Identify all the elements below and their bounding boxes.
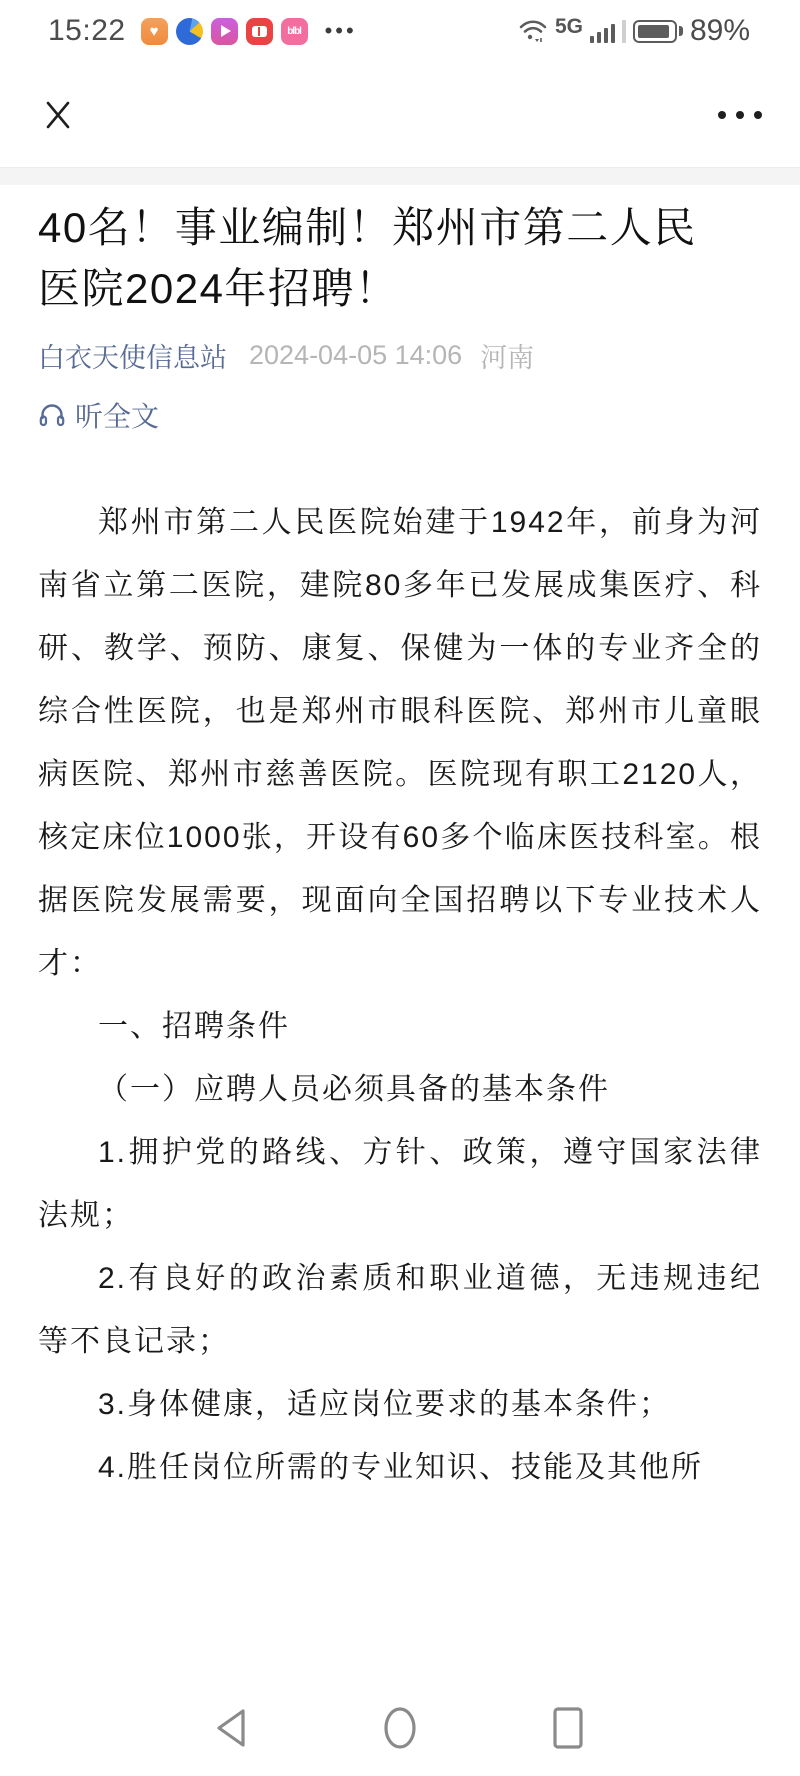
- headphones-icon: [38, 401, 66, 429]
- article-paragraph: 郑州市第二人民医院始建于1942年，前身为河南省立第二医院，建院80多年已发展成…: [38, 491, 762, 995]
- status-bar: 15:22 ♥ blbl ••• 5G 89%: [0, 0, 800, 62]
- battery-percent: 89%: [690, 14, 750, 48]
- close-button[interactable]: [36, 93, 80, 137]
- battery-icon: [633, 20, 683, 43]
- swirl-app-icon: [176, 18, 203, 45]
- pink-app-icon: blbl: [281, 18, 308, 45]
- back-button[interactable]: [212, 1704, 252, 1752]
- publish-location: 河南: [480, 336, 534, 375]
- author-link[interactable]: 白衣天使信息站: [38, 336, 227, 375]
- close-icon: [41, 98, 75, 132]
- signal-strength-icon: [590, 19, 626, 43]
- reading-app-icon: [246, 18, 273, 45]
- article-title: 40名！事业编制！郑州市第二人民医院2024年招聘！: [38, 197, 718, 319]
- article-paragraph: 3.身体健康，适应岗位要求的基本条件；: [38, 1373, 762, 1436]
- notification-icons: ♥ blbl: [141, 18, 308, 45]
- navbar-divider: [0, 167, 800, 185]
- back-triangle-icon: [212, 1704, 252, 1752]
- more-notifications-icon: •••: [325, 18, 357, 44]
- listen-full-text-button[interactable]: 听全文: [38, 395, 159, 435]
- article-paragraph: （一）应聘人员必须具备的基本条件: [38, 1058, 762, 1121]
- article-body: 郑州市第二人民医院始建于1942年，前身为河南省立第二医院，建院80多年已发展成…: [38, 491, 762, 1499]
- article-view: 40名！事业编制！郑州市第二人民医院2024年招聘！ 白衣天使信息站 2024-…: [0, 197, 800, 1499]
- recents-button[interactable]: [548, 1704, 588, 1752]
- wifi-icon: [518, 18, 548, 44]
- more-dots-icon: [718, 111, 726, 119]
- video-app-icon: [211, 18, 238, 45]
- publish-date: 2024-04-05 14:06: [249, 340, 462, 371]
- network-type-badge: 5G: [555, 15, 583, 39]
- recents-square-icon: [548, 1704, 588, 1752]
- article-paragraph: 2.有良好的政治素质和职业道德，无违规违纪等不良记录；: [38, 1247, 762, 1373]
- health-app-icon: ♥: [141, 18, 168, 45]
- home-circle-icon: [380, 1704, 420, 1752]
- system-navigation-bar: [0, 1680, 800, 1776]
- article-paragraph: 4.胜任岗位所需的专业知识、技能及其他所: [38, 1436, 762, 1499]
- article-paragraph: 一、招聘条件: [38, 995, 762, 1058]
- clock-time: 15:22: [48, 14, 126, 48]
- article-paragraph: 1.拥护党的路线、方针、政策，遵守国家法律法规；: [38, 1121, 762, 1247]
- more-menu-button[interactable]: [716, 101, 764, 129]
- article-navbar: [0, 62, 800, 167]
- article-meta: 白衣天使信息站 2024-04-05 14:06 河南: [38, 336, 762, 375]
- listen-label: 听全文: [75, 395, 159, 435]
- home-button[interactable]: [380, 1704, 420, 1752]
